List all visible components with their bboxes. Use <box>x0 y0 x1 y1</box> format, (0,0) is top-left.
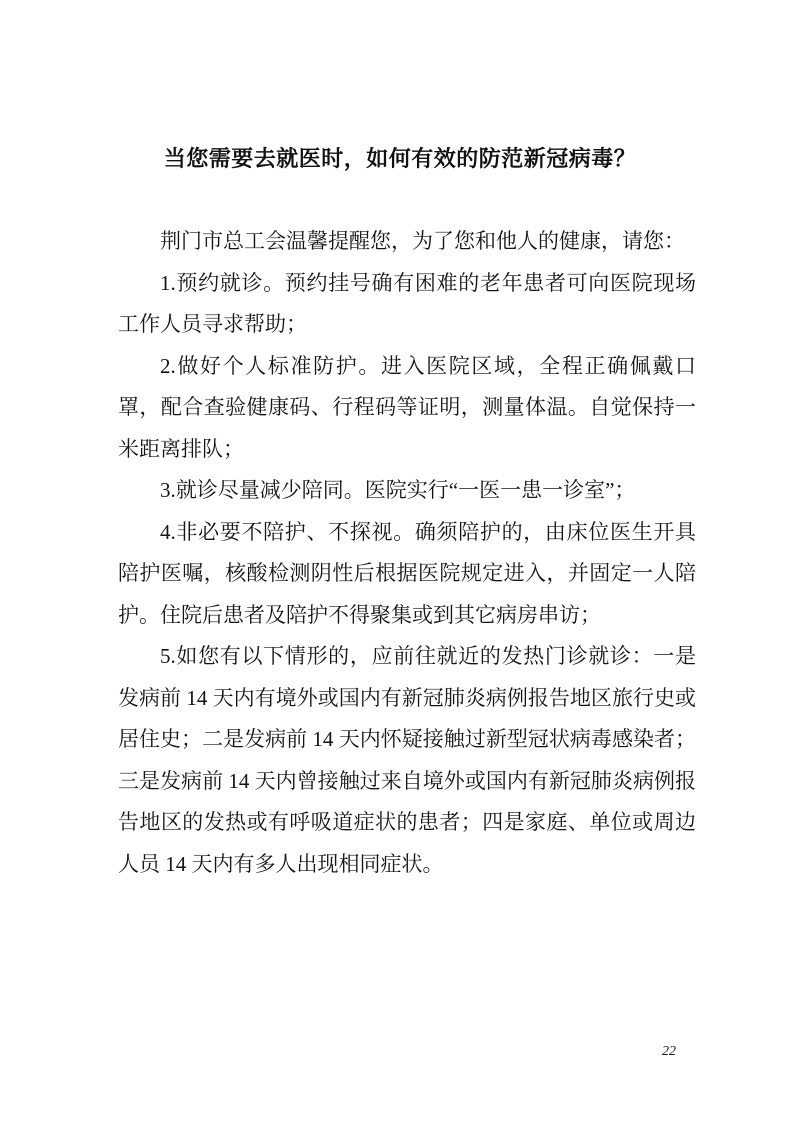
paragraph-intro: 荆门市总工会温馨提醒您，为了您和他人的健康，请您： <box>118 221 696 263</box>
paragraph-item-3: 3.就诊尽量减少陪同。医院实行“一医一患一诊室”； <box>118 470 696 512</box>
paragraph-item-4: 4.非必要不陪护、不探视。确须陪护的，由床位医生开具陪护医嘱，核酸检测阴性后根据… <box>118 512 696 637</box>
paragraph-item-5: 5.如您有以下情形的，应前往就近的发热门诊就诊：一是发病前 14 天内有境外或国… <box>118 636 696 885</box>
page-number: 22 <box>662 1044 676 1060</box>
document-page: 当您需要去就医时，如何有效的防范新冠病毒？ 荆门市总工会温馨提醒您，为了您和他人… <box>0 0 800 1131</box>
page-title: 当您需要去就医时，如何有效的防范新冠病毒？ <box>0 0 800 180</box>
paragraph-item-1: 1.预约就诊。预约挂号确有困难的老年患者可向医院现场工作人员寻求帮助； <box>118 263 696 346</box>
paragraph-item-2: 2.做好个人标准防护。进入医院区域，全程正确佩戴口罩，配合查验健康码、行程码等证… <box>118 346 696 471</box>
document-body: 荆门市总工会温馨提醒您，为了您和他人的健康，请您： 1.预约就诊。预约挂号确有困… <box>118 221 696 885</box>
